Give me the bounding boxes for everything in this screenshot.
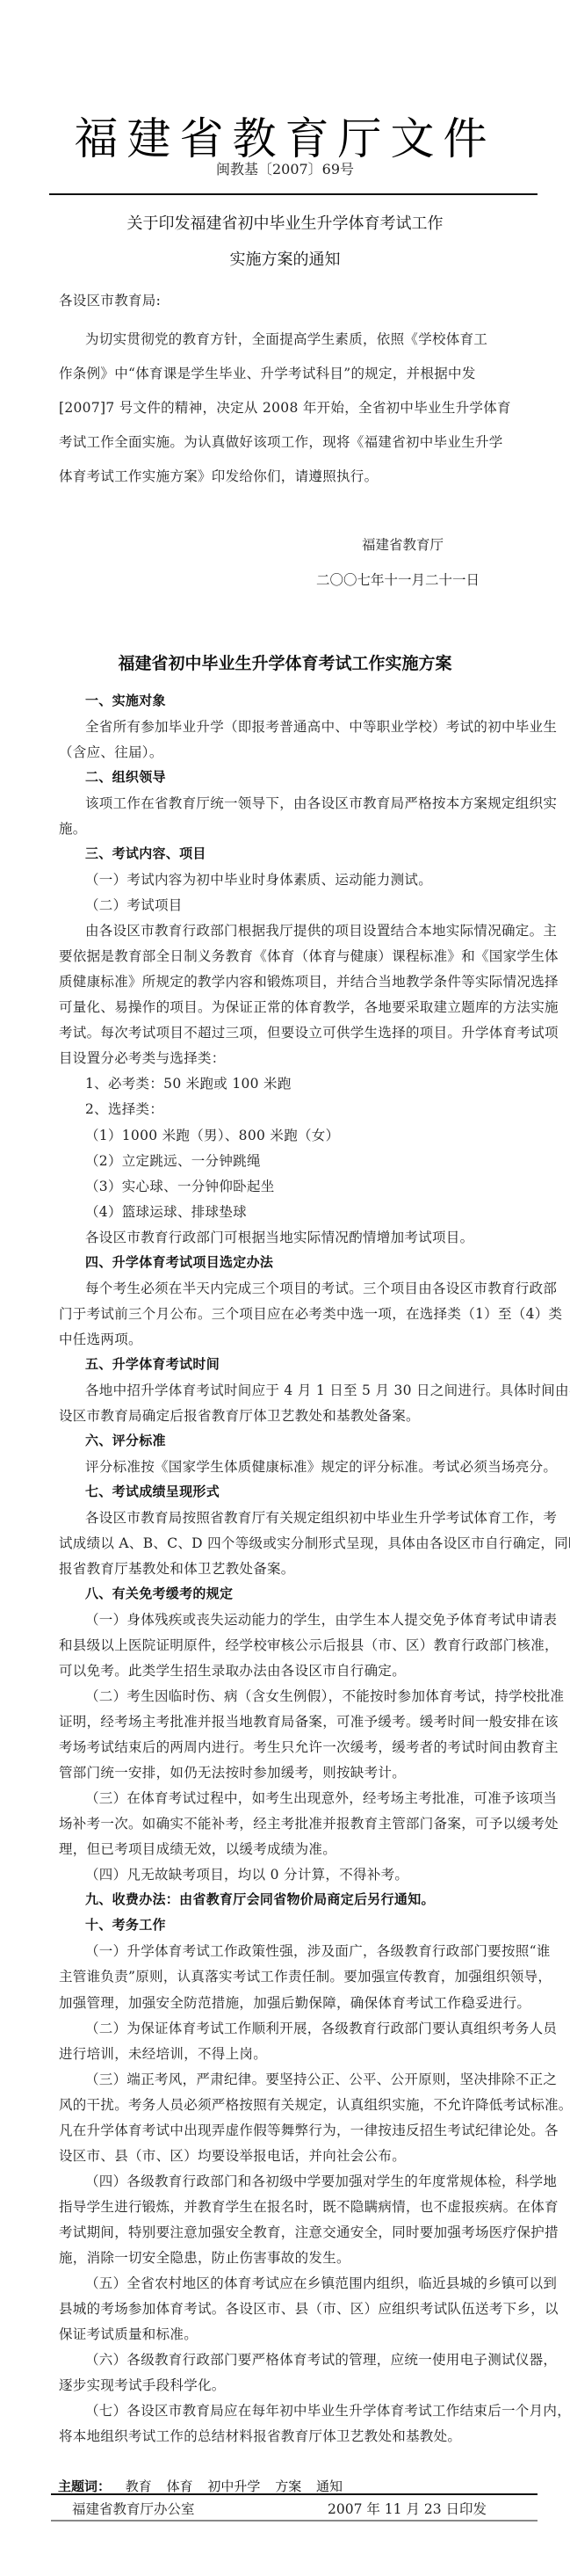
plan-text-line: （3）实心球、一分钟仰卧起坐 bbox=[85, 1176, 540, 1195]
plan-text-line: 理，但已考项目成绩无效，以缓考成绩为准。 bbox=[59, 1839, 540, 1858]
plan-text-line: 风的干扰。考务人员必须严格按照有关规定，认真组织实施，不允许降低考试标准。 bbox=[59, 2094, 540, 2114]
signature-org: 福建省教育厅 bbox=[362, 534, 444, 554]
plan-text-line: 设区市教育局确定后报省教育厅体卫艺教处和基教处备案。 bbox=[59, 1405, 540, 1425]
plan-text-line: （一）考试内容为初中毕业时身体素质、运动能力测试。 bbox=[85, 869, 540, 889]
plan-text-line: （三）在体育考试过程中，如考生出现意外，经考场主考批准，可准予该项当 bbox=[85, 1788, 540, 1807]
plan-text-line: （一）身体残疾或丧失运动能力的学生，由学生本人提交免予体育考试申请表 bbox=[85, 1609, 540, 1629]
section-heading: 八、有关免考缓考的规定 bbox=[85, 1584, 566, 1602]
section-heading: 二、组织领导 bbox=[85, 767, 566, 786]
plan-text-line: （二）为保证体育考试工作顺利开展，各级教育行政部门要认真组织考务人员 bbox=[85, 2018, 540, 2037]
section-heading: 七、考试成绩呈现形式 bbox=[85, 1482, 566, 1500]
plan-text-line: （含应、往届）。 bbox=[59, 742, 540, 761]
plan-text-line: 各设区市教育行政部门可根据当地实际情况酌情增加考试项目。 bbox=[85, 1227, 540, 1246]
plan-text-line: （三）端正考风，严肃纪律。要坚持公正、公平、公开原则，坚决排除不正之 bbox=[85, 2069, 540, 2088]
plan-text-line: 县城的考场参加体育考试。各设区市、县（市、区）应组织考试队伍送考下乡，以 bbox=[59, 2298, 540, 2318]
plan-text-line: 目设置分必考类与选择类： bbox=[59, 1048, 540, 1067]
keywords-label: 主题词： bbox=[58, 2478, 111, 2494]
plan-text-line: （六）各级教育行政部门要严格体育考试的管理，应统一使用电子测试仪器， bbox=[85, 2349, 540, 2369]
notice-title-line2: 实施方案的通知 bbox=[0, 247, 570, 270]
plan-text-line: 凡在升学体育考试中出现弄虚作假等舞弊行为，一律按违反招生考试纪律论处。各 bbox=[59, 2120, 540, 2139]
plan-text-line: （二）考生因临时伤、病（含女生例假），不能按时参加体育考试，持学校批准 bbox=[85, 1686, 540, 1705]
plan-text-line: 考试。每次考试项目不超过三项，但要设立可供学生选择的项目。升学体育考试项 bbox=[59, 1022, 540, 1041]
section-heading: 六、评分标准 bbox=[85, 1431, 566, 1449]
plan-text-line: 由各设区市教育行政部门根据我厅提供的项目设置结合本地实际情况确定。主 bbox=[85, 920, 540, 940]
document-number: 闽教基〔2007〕69号 bbox=[0, 158, 570, 178]
section-heading: 四、升学体育考试项目选定办法 bbox=[85, 1252, 566, 1271]
header-divider bbox=[49, 193, 538, 195]
plan-text-line: 可以免考。此类学生招生录取办法由各设区市自行确定。 bbox=[59, 1660, 540, 1680]
plan-text-line: （二）考试项目 bbox=[85, 895, 540, 914]
plan-text-line: 进行培训，未经培训，不得上岗。 bbox=[59, 2043, 540, 2063]
notice-body-line: 体育考试工作实施方案》印发给你们，请遵照执行。 bbox=[59, 466, 540, 485]
section-heading: 三、考试内容、项目 bbox=[85, 844, 566, 862]
plan-text-line: 将本地组织考试工作的总结材料报省教育厅体卫艺教处和基教处。 bbox=[59, 2426, 540, 2445]
plan-text-line: 主管谁负责”原则，认真落实考试工作责任制。要加强宣传教育，加强组织领导， bbox=[59, 1966, 540, 1985]
plan-text-line: （四）凡无故缺考项目，均以 0 分计算，不得补考。 bbox=[85, 1864, 540, 1883]
section-heading: 五、升学体育考试时间 bbox=[85, 1354, 566, 1373]
footer-divider-top bbox=[51, 2493, 538, 2495]
keyword: 初中升学 bbox=[207, 2478, 260, 2494]
notice-body-line: 作条例》中“体育课是学生毕业、升学考试科目”的规定，并根据中发 bbox=[59, 363, 540, 382]
plan-text-line: 1、必考类：50 米跑或 100 米跑 bbox=[85, 1073, 540, 1092]
salutation: 各设区市教育局: bbox=[59, 290, 540, 309]
plan-text-line: 中任选两项。 bbox=[59, 1329, 540, 1348]
notice-body-line: 为切实贯彻党的教育方针，全面提高学生素质，依照《学校体育工 bbox=[85, 329, 540, 348]
plan-text-line: （一）升学体育考试工作政策性强，涉及面广，各级教育行政部门要按照“谁 bbox=[85, 1941, 540, 1960]
notice-body-line: 考试工作全面实施。为认真做好该项工作，现将《福建省初中毕业生升学 bbox=[59, 432, 540, 451]
signature-date: 二〇〇七年十一月二十一日 bbox=[316, 570, 480, 589]
plan-text-line: 各设区市教育局按照省教育厅有关规定组织初中毕业生升学考试体育工作，考 bbox=[85, 1507, 540, 1527]
plan-text-line: 报省教育厅基教处和体卫艺教处备案。 bbox=[59, 1558, 540, 1578]
plan-text-line: 各地中招升学体育考试时间应于 4 月 1 日至 5 月 30 日之间进行。具体时… bbox=[85, 1380, 540, 1399]
keyword: 方案 bbox=[275, 2478, 301, 2494]
plan-text-line: 证明，经考场主考批准并报当地教育局备案，可准予缓考。缓考时间一般安排在该 bbox=[59, 1711, 540, 1731]
plan-text-line: （1）1000 米跑（男）、800 米跑（女） bbox=[85, 1125, 540, 1144]
print-date: 2007 年 11 月 23 日印发 bbox=[328, 2499, 487, 2518]
plan-text-line: 门于考试前三个月公布。三个项目应在必考类中选一项，在选择类（1）至（4）类 bbox=[59, 1303, 540, 1323]
plan-text-line: 管部门统一安排，如仍无法按时参加缓考，则按缺考计。 bbox=[59, 1762, 540, 1781]
plan-title: 福建省初中毕业生升学体育考试工作实施方案 bbox=[0, 650, 570, 674]
keywords-row: 主题词： 教育 体育 初中升学 方案 通知 bbox=[58, 2477, 343, 2495]
section-heading: 十、考务工作 bbox=[85, 1915, 566, 1934]
keyword: 教育 bbox=[126, 2478, 152, 2494]
plan-text-line: 施。 bbox=[59, 818, 540, 838]
plan-text-line: 质健康标准》所规定的教学内容和锻炼项目，并结合当地教学条件等实际情况选择 bbox=[59, 971, 540, 990]
plan-text-line: 要依据是教育部全日制义务教育《体育（体育与健康）课程标准》和《国家学生体 bbox=[59, 946, 540, 965]
plan-text-line: 每个考生必须在半天内完成三个项目的考试。三个项目由各设区市教育行政部 bbox=[85, 1278, 540, 1297]
plan-text-line: （4）篮球运球、排球垫球 bbox=[85, 1201, 540, 1221]
notice-body-line: [2007]7 号文件的精神，决定从 2008 年开始，全省初中毕业生升学体育 bbox=[59, 397, 540, 417]
plan-text-line: 逐步实现考试手段科学化。 bbox=[59, 2375, 540, 2394]
plan-text-line: 该项工作在省教育厅统一领导下，由各设区市教育局严格按本方案规定组织实 bbox=[85, 793, 540, 812]
plan-text-line: 2、选择类： bbox=[85, 1099, 540, 1118]
plan-text-line: （四）各级教育行政部门和各初级中学要加强对学生的年度常规体检，科学地 bbox=[85, 2171, 540, 2190]
keyword: 通知 bbox=[316, 2478, 343, 2494]
plan-text-line: （2）立定跳远、一分钟跳绳 bbox=[85, 1150, 540, 1170]
plan-text-line: 设区市、县（市、区）均要设举报电话，并向社会公布。 bbox=[59, 2145, 540, 2165]
plan-text-line: 试成绩以 A、B、C、D 四个等级或实分制形式呈现，具体由各设区市自行确定，同时 bbox=[59, 1533, 540, 1552]
plan-text-line: 和县级以上医院证明原件，经学校审核公示后报县（市、区）教育行政部门核准， bbox=[59, 1635, 540, 1654]
plan-text-line: 考试期间，特别要注意加强安全教育，注意交通安全，同时要加强考场医疗保护措 bbox=[59, 2222, 540, 2241]
plan-text-line: 施，消除一切安全隐患，防止伤害事故的发生。 bbox=[59, 2247, 540, 2267]
section-heading: 一、实施对象 bbox=[85, 691, 566, 709]
keyword: 体育 bbox=[167, 2478, 193, 2494]
plan-text-line: 指导学生进行锻炼，并教育学生在报名时，既不隐瞒病情，也不虚报疾病。在体育 bbox=[59, 2196, 540, 2216]
plan-text-line: 保证考试质量和标准。 bbox=[59, 2324, 540, 2343]
footer-divider-bottom bbox=[51, 2520, 538, 2522]
plan-text-line: （七）各设区市教育局应在每年初中毕业生升学体育考试工作结束后一个月内， bbox=[85, 2400, 540, 2420]
notice-title-line1: 关于印发福建省初中毕业生升学体育考试工作 bbox=[0, 211, 570, 234]
plan-text-line: 可量化、易操作的项目。为保证正常的体育教学，各地要采取建立题库的方法实施 bbox=[59, 997, 540, 1016]
issuing-office: 福建省教育厅办公室 bbox=[72, 2499, 195, 2518]
plan-text-line: （五）全省农村地区的体育考试应在乡镇范围内组织，临近县城的乡镇可以到 bbox=[85, 2273, 540, 2292]
plan-text-line: 加强管理，加强安全防范措施，加强后勤保障，确保体育考试工作稳妥进行。 bbox=[59, 1992, 540, 2012]
section-heading: 九、收费办法：由省教育厅会同省物价局商定后另行通知。 bbox=[85, 1890, 566, 1908]
plan-text-line: 场补考一次。如确实不能补考，经主考批准并报教育主管部门备案，可予以缓考处 bbox=[59, 1813, 540, 1832]
plan-text-line: 全省所有参加毕业升学（即报考普通高中、中等职业学校）考试的初中毕业生 bbox=[85, 716, 540, 736]
plan-text-line: 考场考试结束后的两周内进行。考生只允许一次缓考，缓考者的考试时间由教育主 bbox=[59, 1737, 540, 1756]
plan-text-line: 评分标准按《国家学生体质健康标准》规定的评分标准。考试必须当场亮分。 bbox=[85, 1456, 540, 1476]
